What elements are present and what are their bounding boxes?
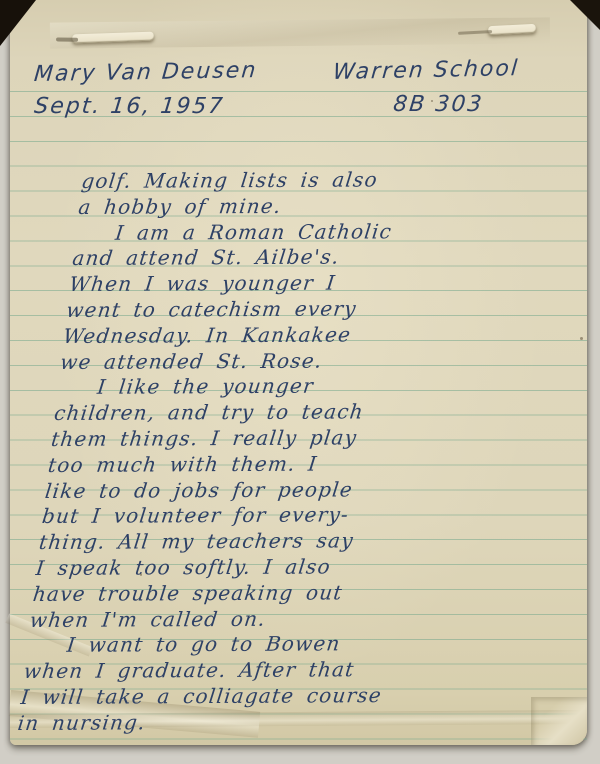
handwritten-line: I like the younger (56, 373, 549, 401)
handwritten-line: in nursing. (16, 708, 509, 736)
handwritten-line: I speak too softly. I also (34, 553, 527, 581)
paper-sheet: Mary Van Deusen Sept. 16, 1957 Warren Sc… (10, 0, 587, 745)
handwritten-line: and attend St. Ailbe's. (71, 244, 564, 272)
staple-tear-left (72, 32, 154, 44)
handwritten-line: we attended St. Rose. (59, 347, 552, 375)
author-name: Mary Van Deusen (33, 58, 259, 87)
room-number: 8B 303 (392, 92, 485, 117)
handwritten-line: like to do jobs for people (44, 476, 537, 504)
school-name: Warren School (332, 56, 520, 85)
handwritten-line: I want to go to Bowen (25, 631, 518, 659)
handwritten-line: golf. Making lists is also (80, 166, 573, 194)
handwritten-line: them things. I really play (50, 424, 543, 452)
handwritten-line: I will take a colliagate course (19, 682, 512, 710)
handwritten-line: I am a Roman Catholic (74, 218, 567, 246)
handwritten-line: Wednesday. In Kankakee (62, 321, 555, 349)
handwritten-line: too much with them. I (47, 450, 540, 478)
handwritten-line: when I'm called on. (28, 605, 521, 633)
handwritten-line: but I volunteer for every- (41, 502, 534, 530)
date-line: Sept. 16, 1957 (33, 94, 226, 119)
handwritten-line: children, and try to teach (53, 399, 546, 427)
scanned-document: Mary Van Deusen Sept. 16, 1957 Warren Sc… (0, 0, 600, 764)
handwritten-line: When I was younger I (68, 270, 561, 298)
handwritten-line: thing. All my teachers say (38, 528, 531, 556)
handwritten-line: when I graduate. After that (22, 657, 515, 685)
folded-corner (531, 697, 587, 745)
handwritten-line: a hobby of mine. (77, 192, 570, 220)
body-text: golf. Making lists is alsoa hobby of min… (16, 166, 573, 736)
handwritten-line: went to catechism every (65, 295, 558, 323)
staple-tear-right (488, 24, 536, 35)
handwritten-line: have trouble speaking out (31, 579, 524, 607)
paper-speck (580, 337, 583, 340)
